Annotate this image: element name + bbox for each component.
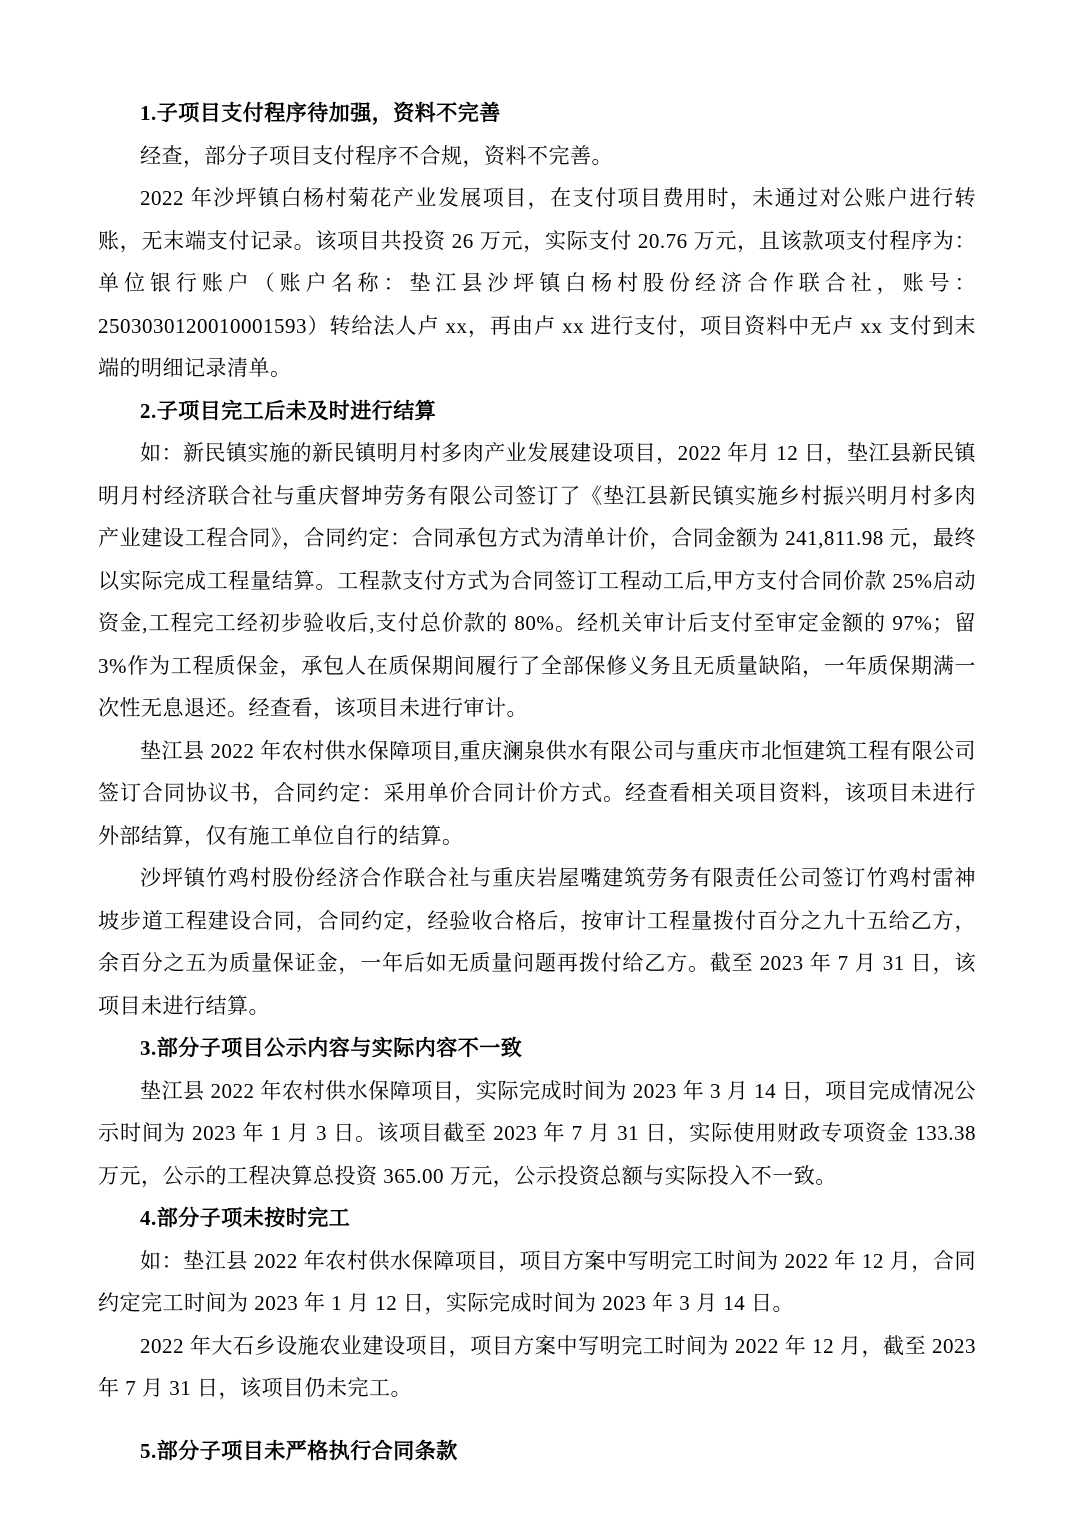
paragraph: 2022 年沙坪镇白杨村菊花产业发展项目，在支付项目费用时，未通过对公账户进行转… <box>98 177 976 390</box>
paragraph: 经查，部分子项目支付程序不合规，资料不完善。 <box>98 135 976 178</box>
paragraph: 如：垫江县 2022 年农村供水保障项目，项目方案中写明完工时间为 2022 年… <box>98 1240 976 1325</box>
section-heading: 5.部分子项目未严格执行合同条款 <box>98 1430 976 1473</box>
document-body: 1.子项目支付程序待加强，资料不完善 经查，部分子项目支付程序不合规，资料不完善… <box>98 92 976 1472</box>
section-heading: 4.部分子项未按时完工 <box>98 1197 976 1240</box>
paragraph: 沙坪镇竹鸡村股份经济合作联合社与重庆岩屋嘴建筑劳务有限责任公司签订竹鸡村雷神坡步… <box>98 857 976 1027</box>
section-2: 2.子项目完工后未及时进行结算 如：新民镇实施的新民镇明月村多肉产业发展建设项目… <box>98 390 976 1028</box>
section-3: 3.部分子项目公示内容与实际内容不一致 垫江县 2022 年农村供水保障项目，实… <box>98 1027 976 1197</box>
document-page: 1.子项目支付程序待加强，资料不完善 经查，部分子项目支付程序不合规，资料不完善… <box>0 0 1074 1520</box>
paragraph: 如：新民镇实施的新民镇明月村多肉产业发展建设项目，2022 年月 12 日，垫江… <box>98 432 976 730</box>
section-1: 1.子项目支付程序待加强，资料不完善 经查，部分子项目支付程序不合规，资料不完善… <box>98 92 976 390</box>
paragraph: 垫江县 2022 年农村供水保障项目，实际完成时间为 2023 年 3 月 14… <box>98 1070 976 1198</box>
section-4: 4.部分子项未按时完工 如：垫江县 2022 年农村供水保障项目，项目方案中写明… <box>98 1197 976 1410</box>
section-heading: 1.子项目支付程序待加强，资料不完善 <box>98 92 976 135</box>
paragraph: 垫江县 2022 年农村供水保障项目,重庆澜泉供水有限公司与重庆市北恒建筑工程有… <box>98 730 976 858</box>
section-5: 5.部分子项目未严格执行合同条款 <box>98 1430 976 1473</box>
section-heading: 3.部分子项目公示内容与实际内容不一致 <box>98 1027 976 1070</box>
paragraph: 2022 年大石乡设施农业建设项目，项目方案中写明完工时间为 2022 年 12… <box>98 1325 976 1410</box>
section-heading: 2.子项目完工后未及时进行结算 <box>98 390 976 433</box>
